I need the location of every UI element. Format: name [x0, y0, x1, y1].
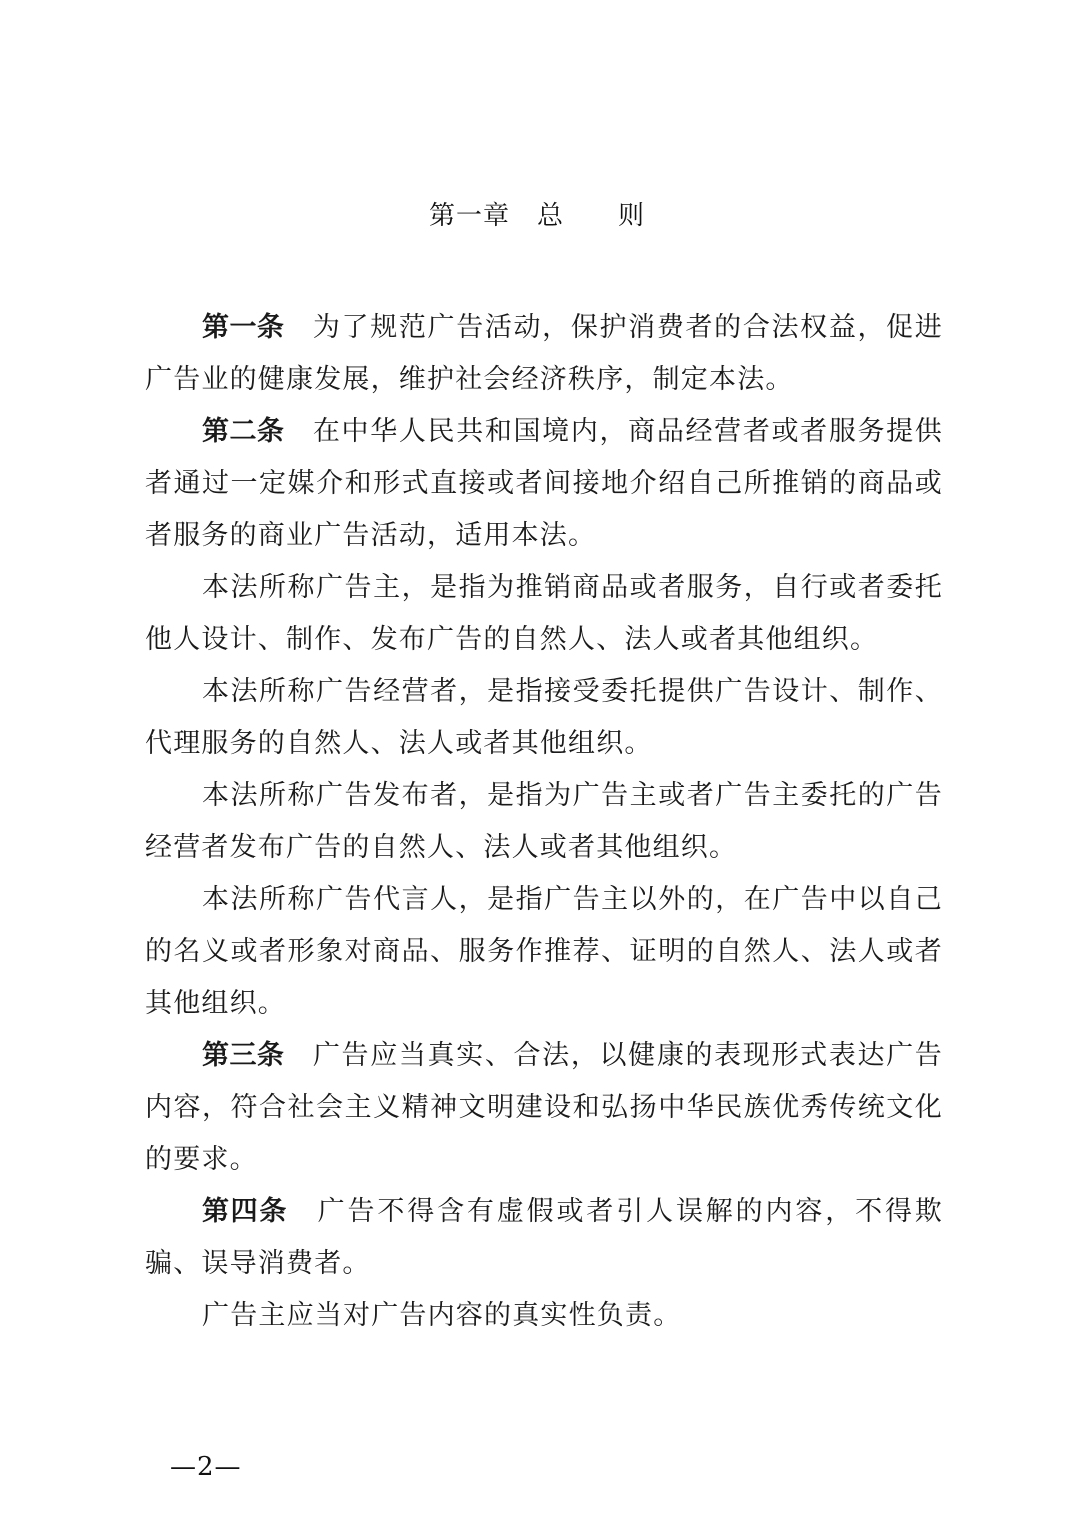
definition-agency-paragraph: 本法所称广告经营者，是指接受委托提供广告设计、制作、代理服务的自然人、法人或者其…: [145, 666, 943, 770]
page-number: —2—: [170, 1452, 242, 1482]
document-page: 第一章 总 则 第一条为了规范广告活动，保护消费者的合法权益，促进广告业的健康发…: [0, 0, 1074, 1520]
paragraph-text: 本法所称广告经营者，是指接受委托提供广告设计、制作、代理服务的自然人、法人或者其…: [145, 676, 943, 759]
article-3-paragraph: 第三条广告应当真实、合法，以健康的表现形式表达广告内容，符合社会主义精神文明建设…: [145, 1030, 943, 1186]
definition-endorser-paragraph: 本法所称广告代言人，是指广告主以外的，在广告中以自己的名义或者形象对商品、服务作…: [145, 874, 943, 1030]
article-4-paragraph: 第四条广告不得含有虚假或者引人误解的内容，不得欺骗、误导消费者。: [145, 1186, 943, 1290]
definition-advertiser-paragraph: 本法所称广告主，是指为推销商品或者服务，自行或者委托他人设计、制作、发布广告的自…: [145, 562, 943, 666]
article-number: 第四条: [202, 1196, 288, 1227]
paragraph-text: 广告主应当对广告内容的真实性负责。: [202, 1300, 681, 1331]
article-2-paragraph: 第二条在中华人民共和国境内，商品经营者或者服务提供者通过一定媒介和形式直接或者间…: [145, 406, 943, 562]
article-number: 第二条: [202, 416, 284, 447]
advertiser-responsibility-paragraph: 广告主应当对广告内容的真实性负责。: [145, 1290, 943, 1342]
paragraph-text: 本法所称广告代言人，是指广告主以外的，在广告中以自己的名义或者形象对商品、服务作…: [145, 884, 943, 1019]
paragraph-text: 本法所称广告主，是指为推销商品或者服务，自行或者委托他人设计、制作、发布广告的自…: [145, 572, 943, 655]
article-1-paragraph: 第一条为了规范广告活动，保护消费者的合法权益，促进广告业的健康发展，维护社会经济…: [145, 302, 943, 406]
paragraph-text: 本法所称广告发布者，是指为广告主或者广告主委托的广告经营者发布广告的自然人、法人…: [145, 780, 943, 863]
article-number: 第三条: [202, 1040, 284, 1071]
document-body: 第一条为了规范广告活动，保护消费者的合法权益，促进广告业的健康发展，维护社会经济…: [145, 302, 943, 1342]
article-number: 第一条: [202, 312, 284, 343]
definition-publisher-paragraph: 本法所称广告发布者，是指为广告主或者广告主委托的广告经营者发布广告的自然人、法人…: [145, 770, 943, 874]
chapter-title: 第一章 总 则: [0, 196, 1074, 236]
